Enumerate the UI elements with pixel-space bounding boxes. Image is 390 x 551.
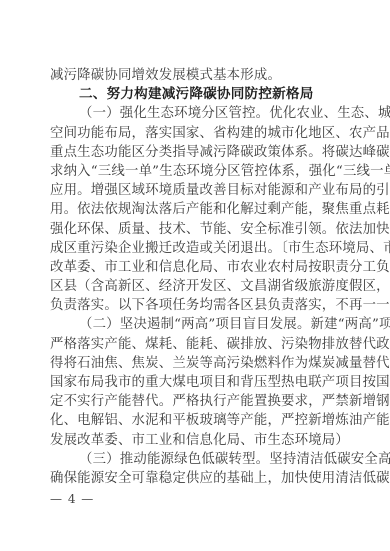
paragraph-line: 区县（含高新区、经济开发区、文昌湖省级旅游度假区，下同） xyxy=(50,277,342,296)
document-page: 减污降碳协同增效发展模式基本形成。 二、努力构建减污降碳协同防控新格局 （一）强… xyxy=(0,0,390,551)
paragraph-line: 发展改革委、市工业和信息化局、市生态环境局） xyxy=(50,431,342,450)
paragraph-line: （一）强化生态环境分区管控。优化农业、生态、城镇三类 xyxy=(50,104,342,123)
body-text: 减污降碳协同增效发展模式基本形成。 二、努力构建减污降碳协同防控新格局 （一）强… xyxy=(50,66,342,488)
paragraph-line: 用。依法依规淘汰落后产能和化解过剩产能，聚焦重点耗能行业， xyxy=(50,200,342,219)
section-heading: 二、努力构建减污降碳协同防控新格局 xyxy=(50,85,342,104)
paragraph-line: 应用。增强区域环境质量改善目标对能源和产业布局的引导作 xyxy=(50,181,342,200)
paragraph-line: 求纳入“三线一单”生态环境分区管控体系，强化“三线一单”成果 xyxy=(50,162,342,181)
paragraph-line: 成区重污染企业搬迁改造或关闭退出。〔市生态环境局、市发展 xyxy=(50,239,342,258)
paragraph-line: 重点生态功能区分类指导减污降碳政策体系。将碳达峰碳中和要 xyxy=(50,143,342,162)
paragraph-line: 确保能源安全可靠稳定供应的基础上，加快使用清洁低碳能源替 xyxy=(50,469,342,488)
paragraph-line: 强化环保、质量、技术、节能、安全标准引领。依法加快城市建 xyxy=(50,220,342,239)
paragraph-line: （二）坚决遏制“两高”项目盲目发展。新建“两高”项目， xyxy=(50,315,342,334)
paragraph-line: 国家布局我市的重大煤电项目和背压型热电联产项目按国家规 xyxy=(50,373,342,392)
paragraph-line: 改革委、市工业和信息化局、市农业农村局按职责分工负责，各 xyxy=(50,258,342,277)
paragraph-line: 减污降碳协同增效发展模式基本形成。 xyxy=(50,66,342,85)
page-number: — 4 — xyxy=(50,492,94,506)
paragraph-line: （三）推动能源绿色低碳转型。坚持清洁低碳安全高效，在 xyxy=(50,450,342,469)
paragraph-line: 负责落实。以下各项任务均需各区县负责落实，不再一一列出〕 xyxy=(50,296,342,315)
paragraph-line: 化、电解铝、水泥和平板玻璃等产能，严控新增炼油产能。（市 xyxy=(50,411,342,430)
paragraph-line: 得将石油焦、焦炭、兰炭等高污染燃料作为煤炭减量替代措施。 xyxy=(50,354,342,373)
paragraph-line: 空间功能布局，落实国家、省构建的城市化地区、农产品主产区、 xyxy=(50,124,342,143)
paragraph-line: 定不实行产能替代。严格执行产能置换要求，严禁新增钢铁、焦 xyxy=(50,392,342,411)
paragraph-line: 严格落实产能、煤耗、能耗、碳排放、污染物排放替代政策。不 xyxy=(50,335,342,354)
